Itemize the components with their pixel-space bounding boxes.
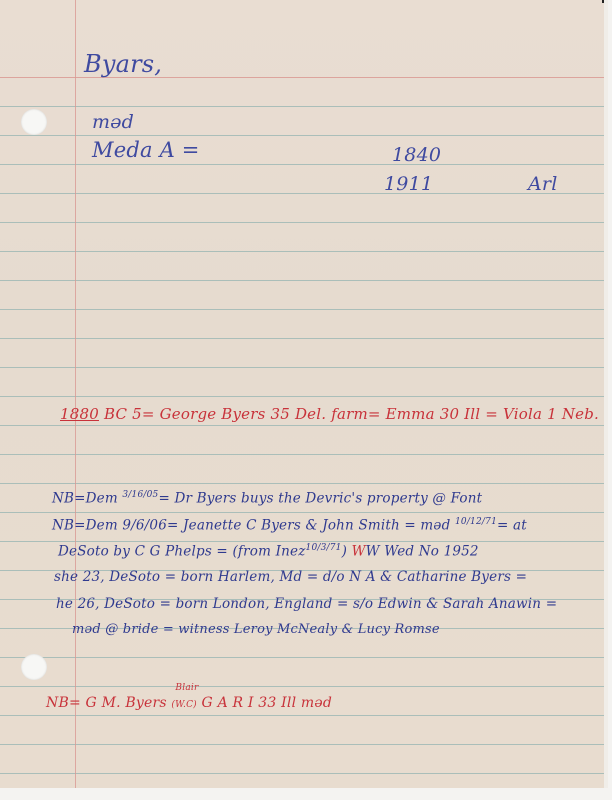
punch-hole-bottom	[21, 654, 47, 680]
married-note: məd	[92, 111, 134, 133]
rule-line	[0, 367, 608, 368]
footer-paren-group: Blair (W.C)	[171, 695, 201, 711]
rule-line	[0, 744, 608, 745]
margin-line	[75, 0, 76, 788]
rule-line	[0, 454, 608, 455]
note-prefix: NB=Dem	[52, 491, 118, 507]
note-tail: = at	[497, 518, 527, 534]
rule-line	[0, 686, 608, 687]
note-text: = Jeanette C Byers & John Smith = məd	[167, 518, 450, 534]
rule-line	[0, 251, 608, 252]
rule-line	[0, 164, 608, 165]
rule-line	[0, 657, 608, 658]
footer-text: G A R I 33 Ill məd	[202, 695, 333, 711]
rule-line	[0, 773, 608, 774]
note-date: 3/16/05	[122, 490, 158, 500]
rule-line	[0, 338, 608, 339]
rule-line	[0, 280, 608, 281]
note-tail: W Wed No 1952	[366, 544, 479, 560]
note-text: DeSoto by C G Phelps = (from Inez	[58, 544, 306, 560]
footer-prefix: NB=	[46, 695, 81, 711]
note-line-4: she 23, DeSoto = born Harlem, Md = d/o N…	[54, 569, 527, 585]
note-tail: )	[342, 544, 347, 560]
note-line-2: NB=Dem 9/6/06= Jeanette C Byers & John S…	[52, 517, 527, 534]
note-line-3: DeSoto by C G Phelps = (from Inez10/3/71…	[58, 543, 479, 560]
rule-line	[0, 135, 608, 136]
note-date: 9/6/06	[122, 518, 167, 534]
rule-line	[0, 512, 608, 513]
paper-edge	[604, 0, 608, 788]
census-year: 1880	[60, 405, 99, 423]
surname: Byars,	[84, 50, 162, 78]
note-text: = Dr Byers buys the Devric's property @ …	[158, 491, 482, 507]
notebook-paper: Byars, məd Meda A = 1840 1911 Arl 1880 B…	[0, 0, 608, 788]
footer-superscript: Blair	[175, 683, 198, 693]
census-1880-line: 1880 BC 5= George Byers 35 Del. farm= Em…	[60, 405, 599, 423]
red-correction-mark: W	[352, 544, 366, 560]
footer-name: G M. Byers	[86, 695, 167, 711]
rule-line	[0, 541, 608, 542]
marriage-date: 10/12/71	[455, 517, 497, 527]
rule-line	[0, 483, 608, 484]
rule-line	[0, 425, 608, 426]
death-year: 1911	[384, 173, 433, 195]
rule-line	[0, 106, 608, 107]
given-name: Meda A =	[92, 138, 200, 162]
rule-line	[0, 396, 608, 397]
place: Arl	[528, 173, 557, 195]
punch-hole-top	[21, 109, 47, 135]
note-line-5: he 26, DeSoto = born London, England = s…	[56, 596, 557, 612]
note-prefix: NB=Dem	[52, 518, 118, 534]
rule-line	[0, 193, 608, 194]
note-line-6: məd @ bride = witness Leroy McNealy & Lu…	[72, 622, 440, 637]
footer-note: NB= G M. Byers Blair (W.C) G A R I 33 Il…	[46, 695, 332, 711]
birth-year: 1840	[392, 144, 441, 166]
rule-line	[0, 222, 608, 223]
note-line-1: NB=Dem 3/16/05= Dr Byers buys the Devric…	[52, 490, 482, 507]
census-text: BC 5= George Byers 35 Del. farm= Emma 30…	[104, 405, 599, 423]
footer-paren: (W.C)	[171, 700, 196, 710]
rule-line	[0, 715, 608, 716]
note-date: 10/3/71	[306, 543, 342, 553]
rule-line	[0, 309, 608, 310]
